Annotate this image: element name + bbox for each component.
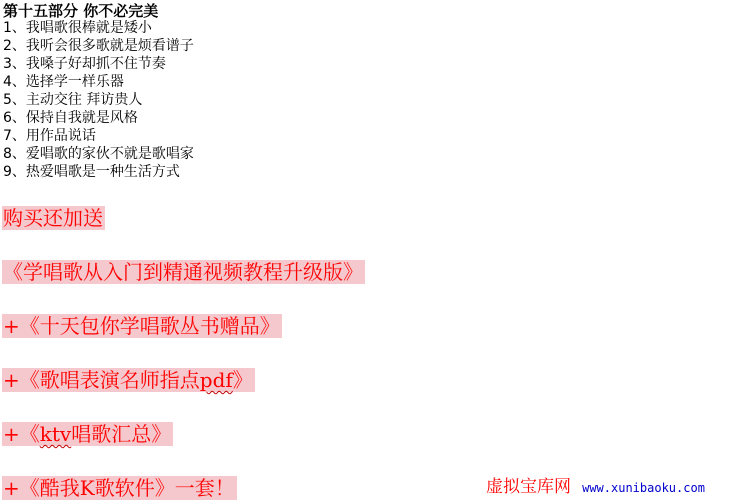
list-item: 5、主动交往 拜访贵人 bbox=[3, 91, 194, 109]
gift-5-text: +《酷我K歌软件》一套！ bbox=[2, 476, 237, 500]
list-item: 3、我嗓子好却抓不住节奏 bbox=[3, 55, 194, 73]
site-name: 虚拟宝库网 bbox=[486, 477, 571, 497]
chapter-list: 1、我唱歌很棒就是矮小 2、我听会很多歌就是烦看谱子 3、我嗓子好却抓不住节奏 … bbox=[3, 19, 194, 181]
list-item: 7、用作品说话 bbox=[3, 127, 194, 145]
list-item: 8、爱唱歌的家伙不就是歌唱家 bbox=[3, 145, 194, 163]
list-item: 6、保持自我就是风格 bbox=[3, 109, 194, 127]
gift-4-text: +《ktv唱歌汇总》 bbox=[2, 422, 173, 446]
gift-3-text: +《歌唱表演名师指点pdf》 bbox=[2, 368, 255, 392]
gift-2-text: +《十天包你学唱歌丛书赠品》 bbox=[2, 314, 282, 338]
gift-4-prefix: +《 bbox=[3, 422, 40, 446]
list-item: 2、我听会很多歌就是烦看谱子 bbox=[3, 37, 194, 55]
promo-gift-4: +《ktv唱歌汇总》 bbox=[2, 422, 173, 446]
section-title: 第十五部分 你不必完美 bbox=[3, 2, 158, 20]
list-item: 9、热爱唱歌是一种生活方式 bbox=[3, 163, 194, 181]
promo-gift-1: 《学唱歌从入门到精通视频教程升级版》 bbox=[2, 260, 365, 284]
spellcheck-word: pdf bbox=[200, 368, 233, 392]
promo-gift-5: +《酷我K歌软件》一套！ bbox=[2, 476, 237, 500]
promo-gift-2: +《十天包你学唱歌丛书赠品》 bbox=[2, 314, 282, 338]
list-item: 1、我唱歌很棒就是矮小 bbox=[3, 19, 194, 37]
spellcheck-word: ktv bbox=[40, 422, 71, 446]
promo-headline: 购买还加送 bbox=[2, 206, 105, 230]
gift-4-suffix: 唱歌汇总》 bbox=[71, 422, 171, 446]
promo-headline-text: 购买还加送 bbox=[2, 206, 105, 230]
gift-3-suffix: 》 bbox=[233, 368, 253, 392]
watermark: 虚拟宝库网 www.xunibaoku.com bbox=[486, 472, 705, 497]
gift-3-prefix: +《歌唱表演名师指点 bbox=[3, 368, 200, 392]
site-url[interactable]: www.xunibaoku.com bbox=[582, 481, 705, 495]
promo-gift-3: +《歌唱表演名师指点pdf》 bbox=[2, 368, 255, 392]
list-item: 4、选择学一样乐器 bbox=[3, 73, 194, 91]
gift-1-text: 《学唱歌从入门到精通视频教程升级版》 bbox=[2, 260, 365, 284]
